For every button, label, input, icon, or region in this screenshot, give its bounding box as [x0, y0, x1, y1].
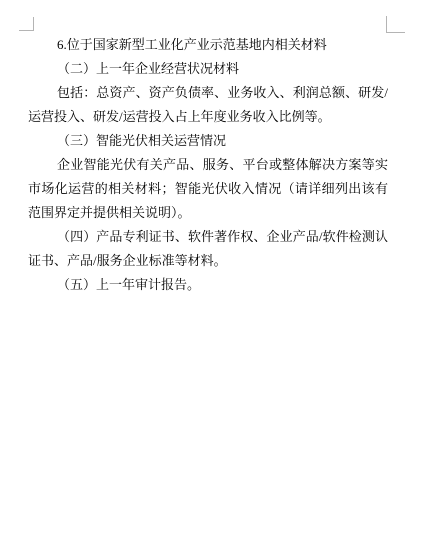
text-line: 证书、产品/服务企业标准等材料。 — [28, 249, 388, 273]
text-line: 市场化运营的相关材料；智能光伏收入情况（请详细列出该有关 — [28, 177, 388, 201]
text-line: 包括：总资产、资产负债率、业务收入、利润总额、研发/ — [28, 81, 388, 105]
document-text: 6.位于国家新型工业化产业示范基地内相关材料（二）上一年企业经营状况材料包括：总… — [28, 33, 388, 297]
text-line: 6.位于国家新型工业化产业示范基地内相关材料 — [28, 33, 388, 57]
text-boundary-mark-top-right — [386, 16, 405, 33]
document-page: 6.位于国家新型工业化产业示范基地内相关材料（二）上一年企业经营状况材料包括：总… — [0, 0, 435, 542]
text-line: （二）上一年企业经营状况材料 — [28, 57, 388, 81]
text-line: 运营投入、研发/运营投入占上年度业务收入比例等。 — [28, 105, 388, 129]
text-line: （三）智能光伏相关运营情况 — [28, 129, 388, 153]
text-line: 范围界定并提供相关说明）。 — [28, 201, 388, 225]
text-line: （四）产品专利证书、软件著作权、企业产品/软件检测认 — [28, 225, 388, 249]
text-line: 企业智能光伏有关产品、服务、平台或整体解决方案等实现 — [28, 153, 388, 177]
text-line: （五）上一年审计报告。 — [28, 273, 388, 297]
text-boundary-mark-top-left — [19, 17, 34, 31]
